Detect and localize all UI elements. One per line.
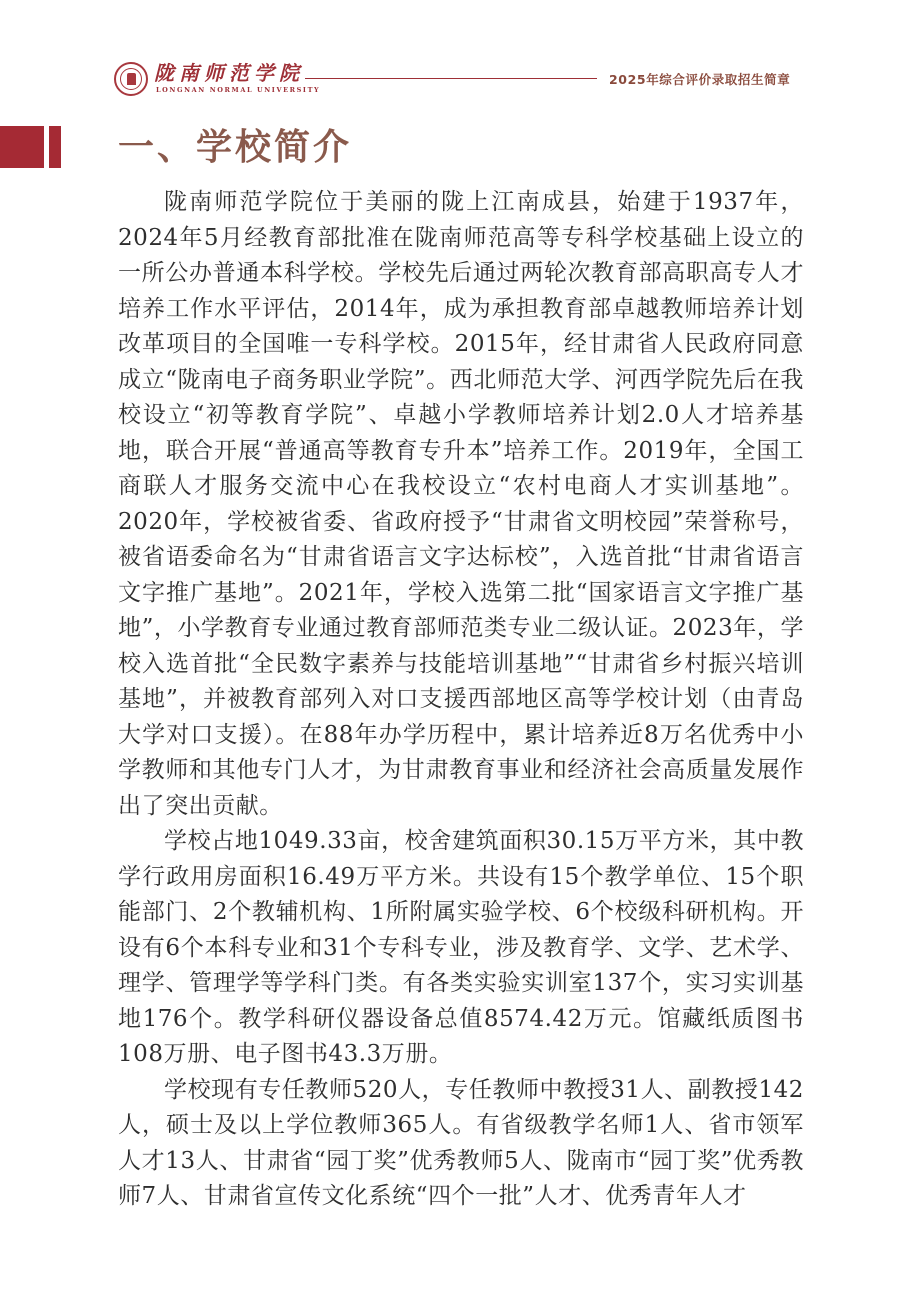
page-header: 陇南师范学院 LONGNAN NORMAL UNIVERSITY 2025年综合… (0, 0, 919, 110)
paragraph-history: 陇南师范学院位于美丽的陇上江南成县，始建于1937年，2024年5月经教育部批准… (118, 185, 804, 824)
section-title: 一、学校简介 (118, 122, 352, 172)
paragraph-faculty: 学校现有专任教师520人，专任教师中教授31人、副教授142人，硕士及以上学位教… (118, 1073, 804, 1215)
section-body: 陇南师范学院位于美丽的陇上江南成县，始建于1937年，2024年5月经教育部批准… (118, 185, 804, 1215)
document-title: 2025年综合评价录取招生简章 (609, 70, 790, 88)
school-name-cn: 陇南师范学院 (154, 62, 304, 84)
school-name-en: LONGNAN NORMAL UNIVERSITY (156, 86, 320, 94)
section-accent-bar (49, 126, 61, 168)
section-accent-block (0, 126, 44, 168)
paragraph-campus: 学校占地1049.33亩，校舍建筑面积30.15万平方米，其中教学行政用房面积1… (118, 824, 804, 1073)
header-divider (305, 78, 597, 79)
school-seal-icon (114, 62, 148, 96)
